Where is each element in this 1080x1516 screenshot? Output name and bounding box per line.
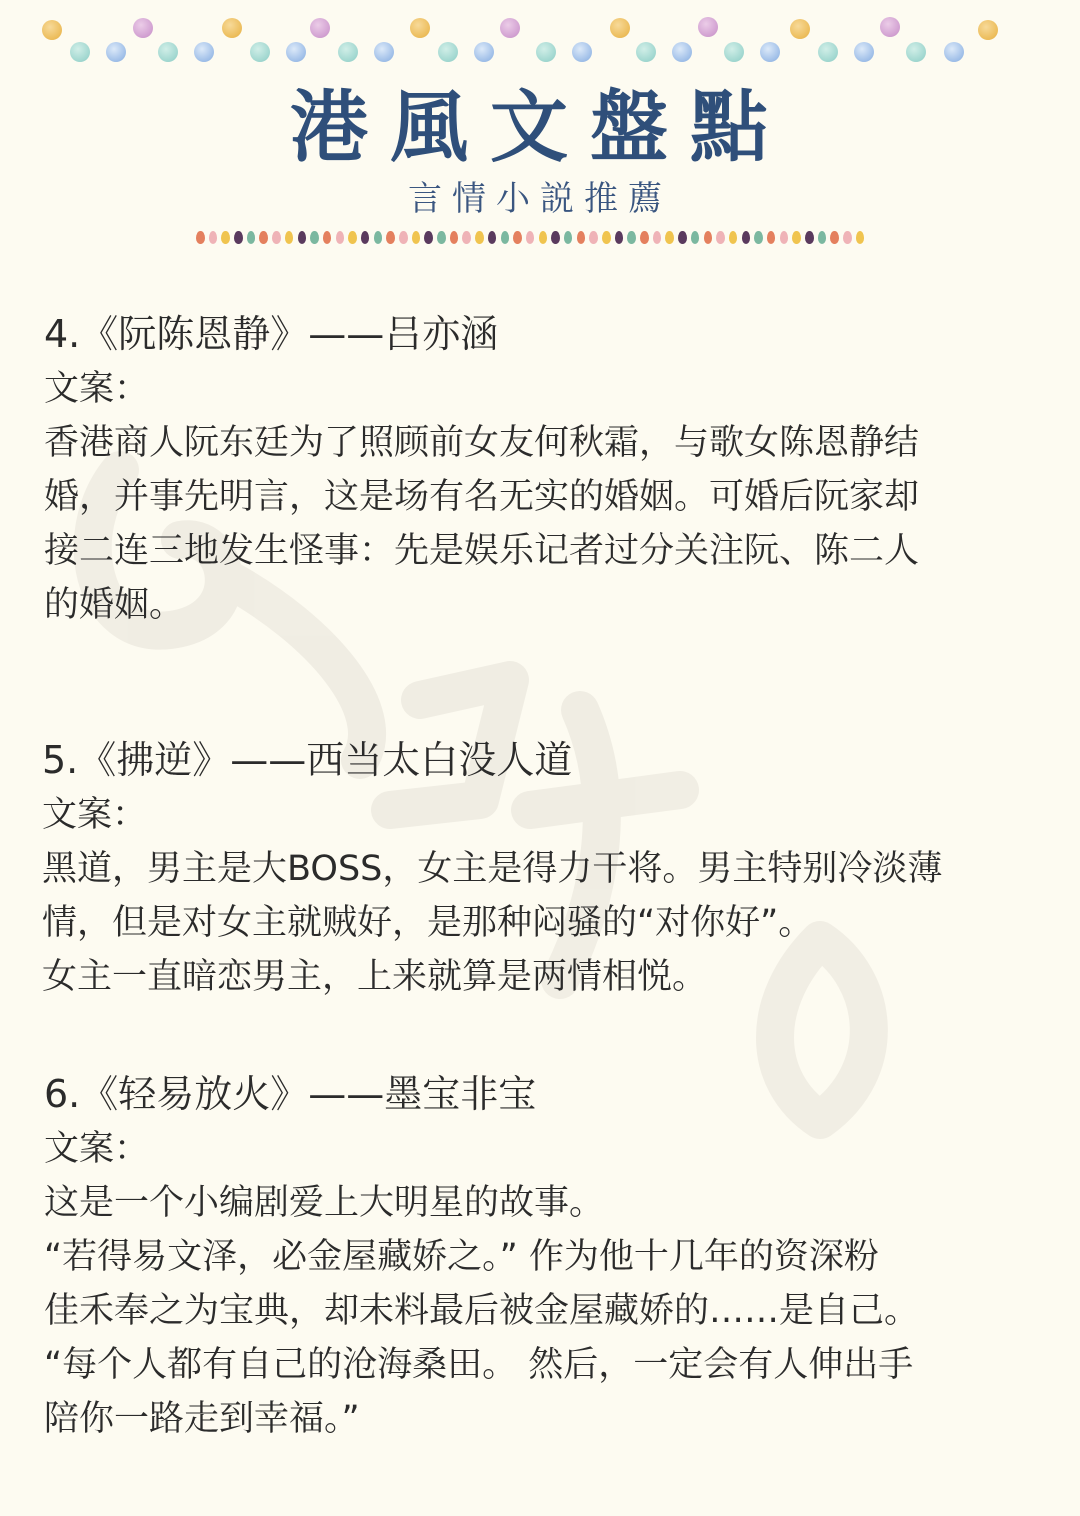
synopsis-line: 香港商人阮东廷为了照顾前女友何秋霜，与歌女陈恩静结: [44, 416, 1054, 470]
synopsis-line: 接二连三地发生怪事：先是娱乐记者过分关注阮、陈二人: [44, 524, 1054, 578]
bead-dot-icon: [792, 231, 801, 244]
bead-dot-icon: [513, 231, 522, 244]
book-heading: 4.《阮陈恩静》——吕亦涵: [44, 306, 1054, 362]
bead-dot-icon: [488, 231, 497, 244]
bead-dot-icon: [602, 231, 611, 244]
bubble-dot-icon: [410, 18, 430, 38]
synopsis-line: 的婚姻。: [44, 578, 1054, 632]
bubble-dot-icon: [70, 42, 90, 62]
bubble-dot-icon: [310, 18, 330, 38]
bubble-dot-icon: [978, 20, 998, 40]
bubble-dot-icon: [818, 42, 838, 62]
bubble-dot-icon: [250, 42, 270, 62]
bubble-dot-icon: [286, 42, 306, 62]
bead-dot-icon: [247, 231, 256, 244]
bubble-dot-icon: [194, 42, 214, 62]
synopsis-line: “每个人都有自己的沧海桑田。 然后，一定会有人伸出手: [44, 1338, 1054, 1392]
bubble-dot-icon: [672, 42, 692, 62]
book-heading: 5.《拂逆》——西当太白没人道: [42, 732, 1052, 788]
bead-dot-icon: [640, 231, 649, 244]
bead-dot-icon: [259, 231, 268, 244]
bead-dot-icon: [564, 231, 573, 244]
bead-dot-icon: [475, 231, 484, 244]
bead-dot-icon: [221, 231, 230, 244]
bead-dot-icon: [539, 231, 548, 244]
bubble-dot-icon: [106, 42, 126, 62]
bead-dot-icon: [462, 231, 471, 244]
bubble-dot-icon: [880, 17, 900, 37]
bead-dot-icon: [386, 231, 395, 244]
bead-dot-icon: [424, 231, 433, 244]
bubble-dot-icon: [572, 42, 592, 62]
bead-dot-icon: [374, 231, 383, 244]
bubble-dot-icon: [724, 42, 744, 62]
bead-dot-icon: [691, 231, 700, 244]
bead-dot-icon: [501, 231, 510, 244]
synopsis-line: 黑道，男主是大BOSS，女主是得力干将。男主特别冷淡薄: [42, 842, 1052, 896]
synopsis-line: 女主一直暗恋男主，上来就算是两情相悦。: [42, 950, 1052, 1004]
bead-dot-icon: [348, 231, 357, 244]
bead-dot-icon: [767, 231, 776, 244]
bead-divider-decoration: [196, 231, 876, 247]
bead-dot-icon: [627, 231, 636, 244]
synopsis-line: “若得易文泽，必金屋藏娇之。” 作为他十几年的资深粉: [44, 1230, 1054, 1284]
bead-dot-icon: [577, 231, 586, 244]
book-entry-4: 4.《阮陈恩静》——吕亦涵 文案： 香港商人阮东廷为了照顾前女友何秋霜，与歌女陈…: [44, 306, 1054, 632]
bead-dot-icon: [234, 231, 243, 244]
bead-dot-icon: [285, 231, 294, 244]
bubble-dot-icon: [374, 42, 394, 62]
synopsis-line: 陪你一路走到幸福。”: [44, 1392, 1054, 1446]
synopsis-label: 文案：: [44, 362, 1054, 416]
bead-dot-icon: [856, 231, 865, 244]
bead-dot-icon: [526, 231, 535, 244]
bead-dot-icon: [437, 231, 446, 244]
bead-dot-icon: [196, 231, 205, 244]
bubble-dot-icon: [438, 42, 458, 62]
bead-dot-icon: [754, 231, 763, 244]
synopsis-line: 佳禾奉之为宝典，却未料最后被金屋藏娇的……是自己。: [44, 1284, 1054, 1338]
bubble-dot-icon: [536, 42, 556, 62]
bubble-dot-icon: [610, 18, 630, 38]
synopsis-line: 情，但是对女主就贼好，是那种闷骚的“对你好”。: [42, 896, 1052, 950]
bead-dot-icon: [665, 231, 674, 244]
bead-dot-icon: [310, 231, 319, 244]
bubble-dot-icon: [790, 19, 810, 39]
bubble-dot-icon: [222, 18, 242, 38]
bead-dot-icon: [729, 231, 738, 244]
bead-dot-icon: [843, 231, 852, 244]
bubble-dot-icon: [944, 42, 964, 62]
bubble-dot-icon: [133, 18, 153, 38]
bubble-dot-icon: [338, 42, 358, 62]
bead-dot-icon: [272, 231, 281, 244]
bead-dot-icon: [450, 231, 459, 244]
book-entry-5: 5.《拂逆》——西当太白没人道 文案： 黑道，男主是大BOSS，女主是得力干将。…: [42, 732, 1052, 1004]
bubble-dot-icon: [42, 20, 62, 40]
synopsis-line: 这是一个小编剧爱上大明星的故事。: [44, 1176, 1054, 1230]
bubble-dot-icon: [760, 42, 780, 62]
bubble-dot-icon: [698, 17, 718, 37]
bead-dot-icon: [830, 231, 839, 244]
book-entry-6: 6.《轻易放火》——墨宝非宝 文案： 这是一个小编剧爱上大明星的故事。 “若得易…: [44, 1066, 1054, 1446]
synopsis-label: 文案：: [42, 788, 1052, 842]
page-subtitle: 言情小説推薦: [0, 176, 1080, 222]
bubble-dot-icon: [474, 42, 494, 62]
bead-dot-icon: [209, 231, 218, 244]
bead-dot-icon: [742, 231, 751, 244]
bead-dot-icon: [780, 231, 789, 244]
bead-dot-icon: [323, 231, 332, 244]
bead-dot-icon: [716, 231, 725, 244]
book-heading: 6.《轻易放火》——墨宝非宝: [44, 1066, 1054, 1122]
bead-dot-icon: [298, 231, 307, 244]
bead-dot-icon: [805, 231, 814, 244]
bead-dot-icon: [653, 231, 662, 244]
bead-dot-icon: [615, 231, 624, 244]
synopsis-label: 文案：: [44, 1122, 1054, 1176]
synopsis-line: 婚，并事先明言，这是场有名无实的婚姻。可婚后阮家却: [44, 470, 1054, 524]
bead-dot-icon: [336, 231, 345, 244]
bubble-dot-icon: [158, 42, 178, 62]
bead-dot-icon: [361, 231, 370, 244]
bubble-dot-icon: [500, 18, 520, 38]
bead-dot-icon: [704, 231, 713, 244]
bead-dot-icon: [412, 231, 421, 244]
bead-dot-icon: [589, 231, 598, 244]
bubble-dot-icon: [854, 42, 874, 62]
bead-dot-icon: [399, 231, 408, 244]
bubble-dot-icon: [636, 42, 656, 62]
bead-dot-icon: [818, 231, 827, 244]
bubble-garland-decoration: [0, 0, 1080, 80]
bead-dot-icon: [551, 231, 560, 244]
bead-dot-icon: [678, 231, 687, 244]
bubble-dot-icon: [906, 42, 926, 62]
page-title: 港風文盤點: [0, 80, 1080, 175]
